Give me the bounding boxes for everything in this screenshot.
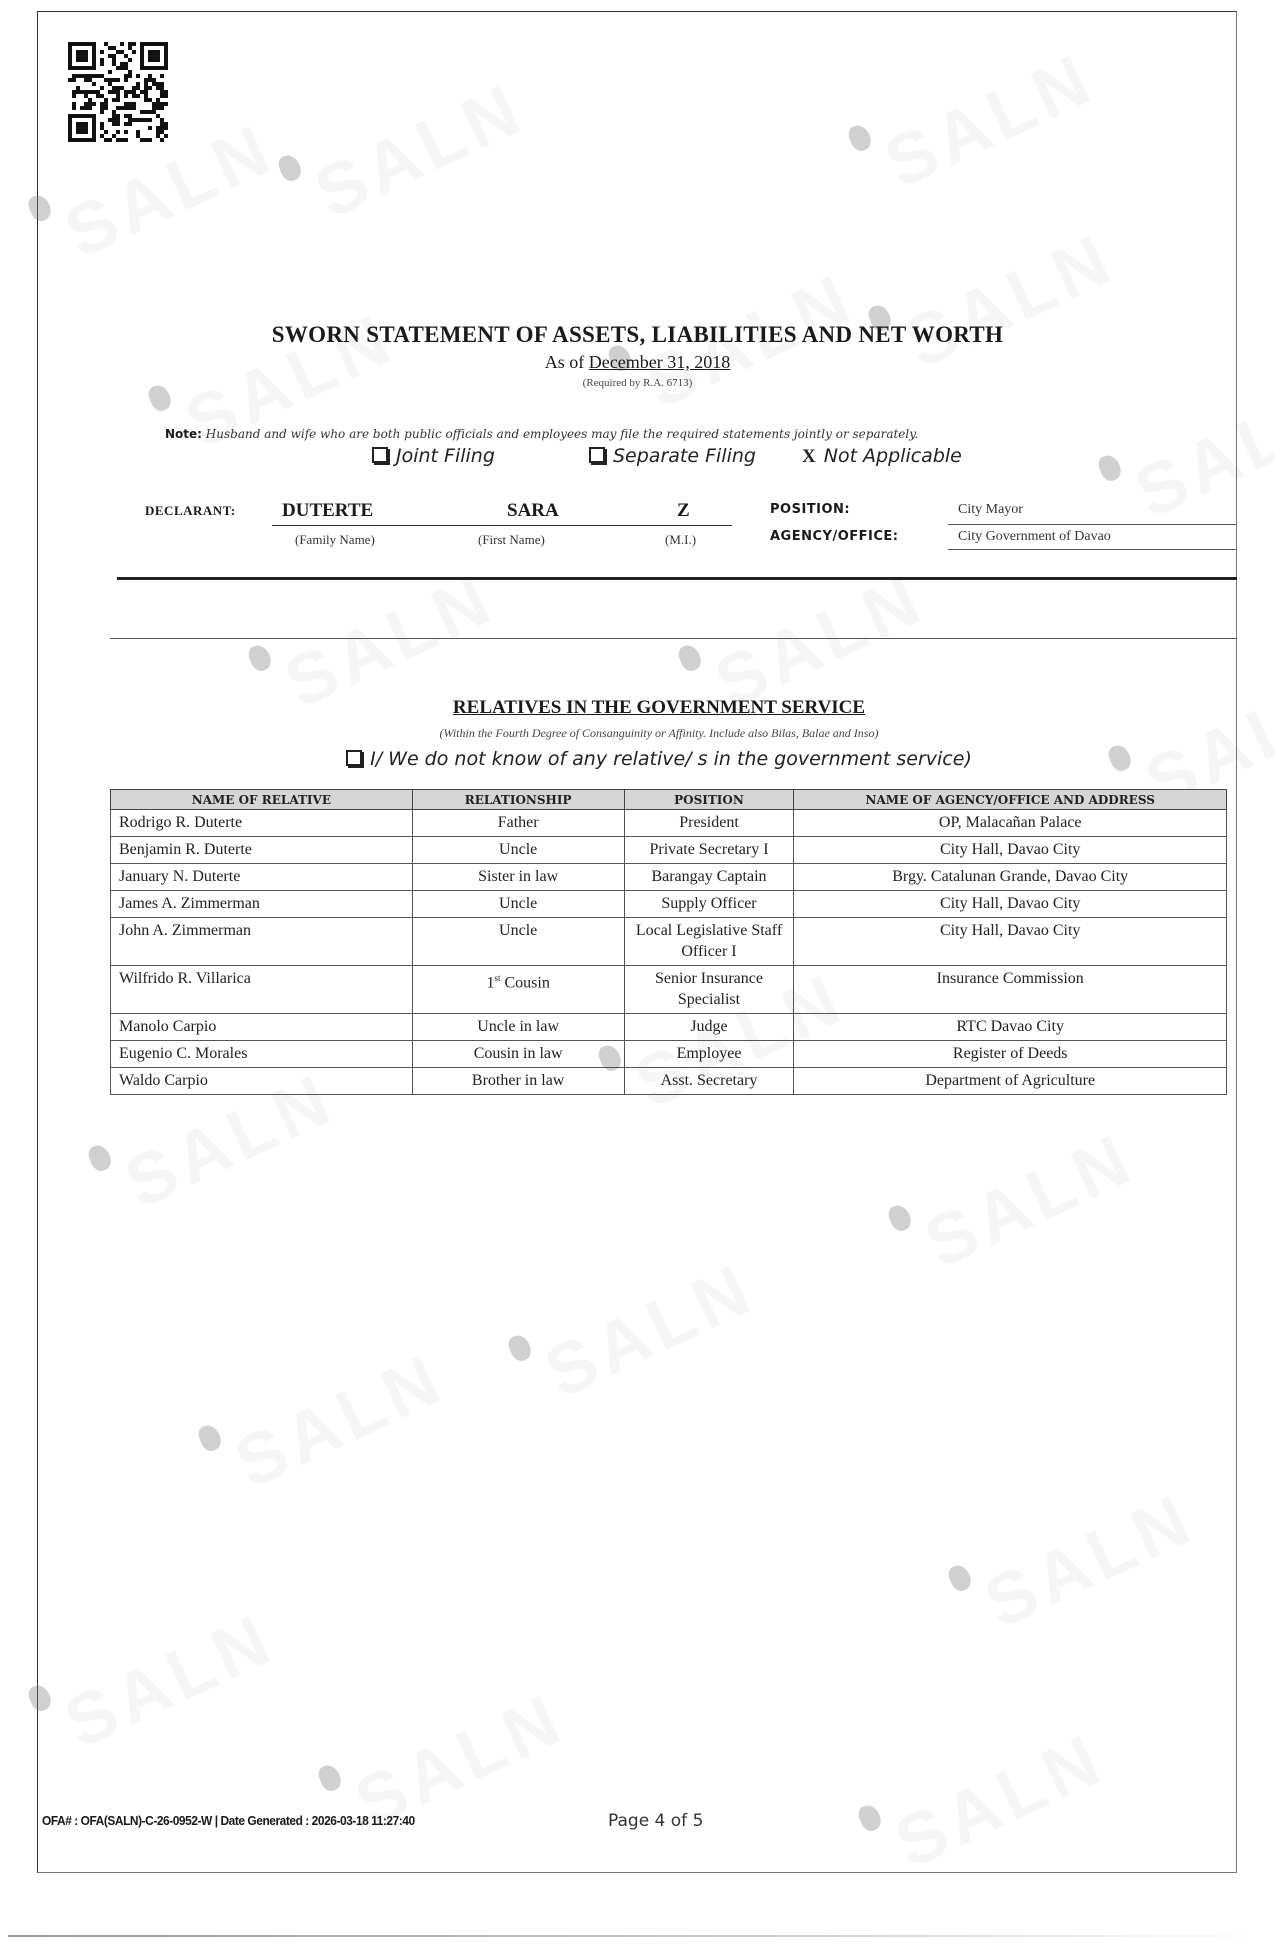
relationship-cell: Uncle	[412, 837, 624, 864]
note-text: Husband and wife who are both public off…	[206, 427, 918, 441]
required-by: (Required by R.A. 6713)	[0, 377, 1275, 389]
position-cell: Employee	[624, 1041, 794, 1068]
scan-edge	[8, 1935, 1268, 1937]
table-row: John A. ZimmermanUncleLocal Legislative …	[111, 918, 1227, 966]
relationship-cell: Sister in law	[412, 864, 624, 891]
no-relatives-label: I/ We do not know of any relative/ s in …	[370, 748, 972, 770]
relative-name-cell: Benjamin R. Duterte	[111, 837, 413, 864]
position-label: POSITION:	[770, 502, 850, 517]
position-cell: President	[624, 810, 794, 837]
column-header-agency: NAME OF AGENCY/OFFICE AND ADDRESS	[794, 790, 1227, 810]
agency-cell: City Hall, Davao City	[794, 918, 1227, 966]
relatives-table: NAME OF RELATIVE RELATIONSHIP POSITION N…	[110, 789, 1227, 1095]
column-header-position: POSITION	[624, 790, 794, 810]
position-cell: Private Secretary I	[624, 837, 794, 864]
relatives-title: RELATIVES IN THE GOVERNMENT SERVICE	[0, 697, 1275, 719]
section-divider-thick	[117, 577, 1237, 580]
filing-option-label: Separate Filing	[613, 445, 756, 467]
table-row: James A. ZimmermanUncleSupply OfficerCit…	[111, 891, 1227, 918]
agency-underline	[948, 549, 1236, 550]
relative-name-cell: Manolo Carpio	[111, 1014, 413, 1041]
as-of-line: As of December 31, 2018	[0, 352, 1275, 373]
first-name-caption: (First Name)	[478, 532, 545, 548]
document-title: SWORN STATEMENT OF ASSETS, LIABILITIES A…	[0, 322, 1275, 348]
agency-cell: City Hall, Davao City	[794, 837, 1227, 864]
position-underline	[948, 524, 1236, 525]
relationship-cell: Father	[412, 810, 624, 837]
filing-option-label: Joint Filing	[396, 445, 495, 467]
declarant-first-name: SARA	[507, 500, 559, 522]
table-row: Eugenio C. MoralesCousin in lawEmployeeR…	[111, 1041, 1227, 1068]
position-cell: Barangay Captain	[624, 864, 794, 891]
relative-name-cell: January N. Duterte	[111, 864, 413, 891]
declarant-family-name: DUTERTE	[282, 500, 373, 522]
relationship-cell: Cousin in law	[412, 1041, 624, 1068]
relative-name-cell: Waldo Carpio	[111, 1068, 413, 1095]
family-name-caption: (Family Name)	[295, 532, 375, 548]
agency-cell: Department of Agriculture	[794, 1068, 1227, 1095]
relative-name-cell: James A. Zimmerman	[111, 891, 413, 918]
relationship-cell: 1st Cousin	[412, 966, 624, 1014]
agency-value: City Government of Davao	[958, 529, 1111, 545]
qr-code-icon	[68, 42, 168, 142]
column-header-name: NAME OF RELATIVE	[111, 790, 413, 810]
x-mark-icon[interactable]: X	[802, 446, 816, 467]
declarant-middle-initial: Z	[677, 500, 690, 522]
filing-option-label: Not Applicable	[824, 445, 962, 467]
agency-cell: OP, Malacañan Palace	[794, 810, 1227, 837]
middle-initial-caption: (M.I.)	[665, 532, 696, 548]
relationship-cell: Uncle	[412, 918, 624, 966]
table-header-row: NAME OF RELATIVE RELATIONSHIP POSITION N…	[111, 790, 1227, 810]
table-row: Rodrigo R. DuterteFatherPresidentOP, Mal…	[111, 810, 1227, 837]
agency-cell: Register of Deeds	[794, 1041, 1227, 1068]
relatives-subtitle: (Within the Fourth Degree of Consanguini…	[0, 726, 1275, 741]
filing-option-joint[interactable]: Joint Filing	[372, 445, 495, 467]
relative-name-cell: Eugenio C. Morales	[111, 1041, 413, 1068]
relationship-cell: Uncle in law	[412, 1014, 624, 1041]
relative-name-cell: John A. Zimmerman	[111, 918, 413, 966]
filing-option-separate[interactable]: Separate Filing	[589, 445, 756, 467]
checkbox-empty-icon[interactable]	[372, 447, 388, 463]
table-row: Waldo CarpioBrother in lawAsst. Secretar…	[111, 1068, 1227, 1095]
relationship-cell: Uncle	[412, 891, 624, 918]
agency-label: AGENCY/OFFICE:	[770, 529, 898, 544]
note-label: Note:	[165, 427, 202, 441]
agency-cell: Insurance Commission	[794, 966, 1227, 1014]
position-value: City Mayor	[958, 502, 1023, 518]
declarant-underline	[272, 525, 732, 526]
table-row: Benjamin R. DuterteUnclePrivate Secretar…	[111, 837, 1227, 864]
table-row: January N. DuterteSister in lawBarangay …	[111, 864, 1227, 891]
position-cell: Supply Officer	[624, 891, 794, 918]
as-of-prefix: As of	[545, 352, 585, 372]
checkbox-empty-icon[interactable]	[346, 750, 362, 766]
relative-name-cell: Wilfrido R. Villarica	[111, 966, 413, 1014]
position-cell: Local Legislative Staff Officer I	[624, 918, 794, 966]
section-divider-thin	[110, 638, 1237, 639]
position-cell: Asst. Secretary	[624, 1068, 794, 1095]
relationship-cell: Brother in law	[412, 1068, 624, 1095]
filing-note: Note: Husband and wife who are both publ…	[165, 427, 918, 441]
agency-cell: Brgy. Catalunan Grande, Davao City	[794, 864, 1227, 891]
column-header-relationship: RELATIONSHIP	[412, 790, 624, 810]
filing-option-not-applicable[interactable]: XNot Applicable	[802, 445, 962, 468]
position-cell: Judge	[624, 1014, 794, 1041]
declarant-label: DECLARANT:	[145, 503, 236, 519]
page-number: Page 4 of 5	[608, 1811, 703, 1831]
table-row: Manolo CarpioUncle in lawJudgeRTC Davao …	[111, 1014, 1227, 1041]
no-relatives-option[interactable]: I/ We do not know of any relative/ s in …	[0, 748, 1275, 770]
agency-cell: RTC Davao City	[794, 1014, 1227, 1041]
ofa-reference: OFA# : OFA(SALN)-C-26-0952-W | Date Gene…	[42, 1813, 415, 1828]
checkbox-empty-icon[interactable]	[589, 447, 605, 463]
agency-cell: City Hall, Davao City	[794, 891, 1227, 918]
position-cell: Senior Insurance Specialist	[624, 966, 794, 1014]
relative-name-cell: Rodrigo R. Duterte	[111, 810, 413, 837]
table-row: Wilfrido R. Villarica1st CousinSenior In…	[111, 966, 1227, 1014]
as-of-date: December 31, 2018	[589, 352, 730, 372]
